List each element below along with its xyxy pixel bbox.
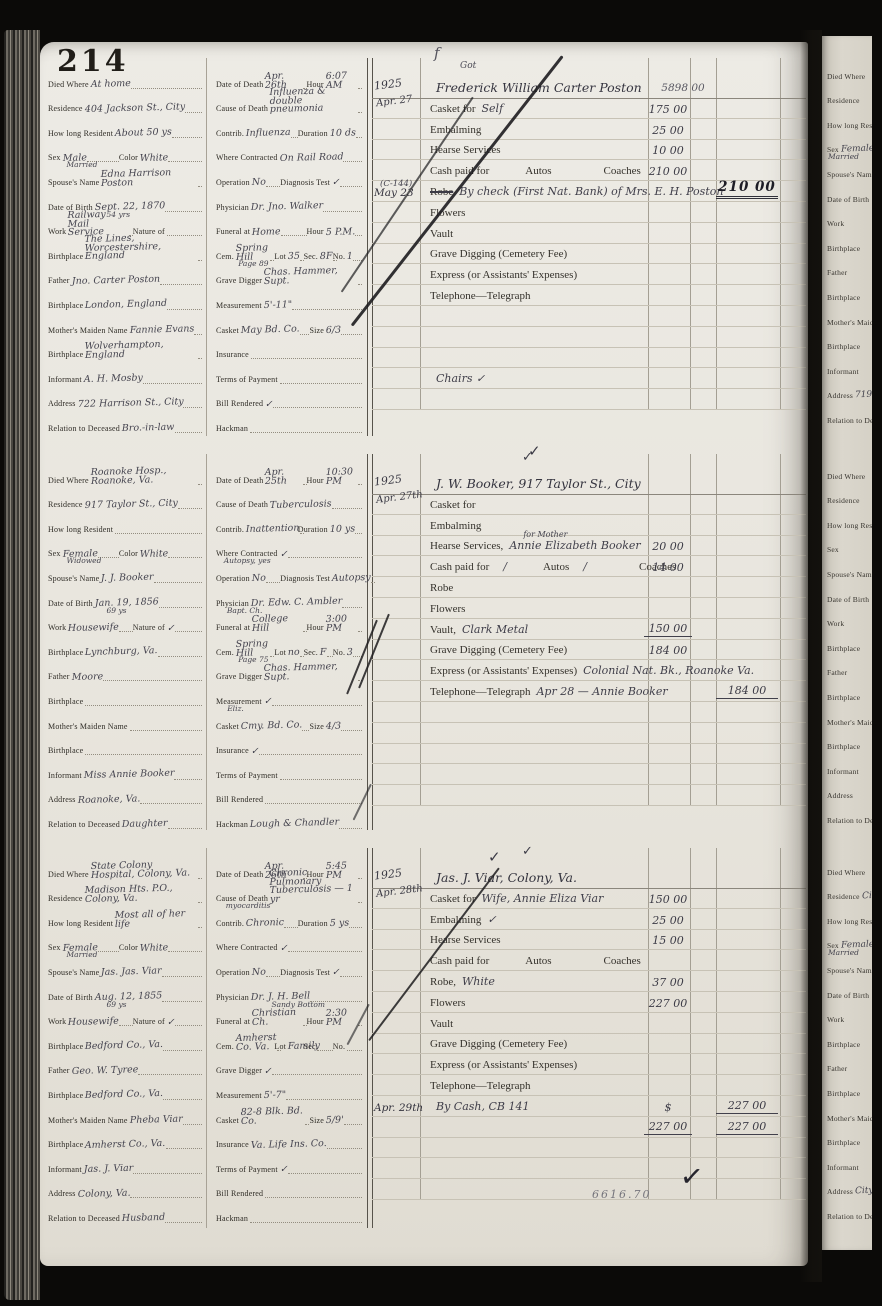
billing-row: Grave Digging (Cemetery Fee) [372, 1034, 806, 1055]
billing-section: ✓Jas. J. Viar, Colony, Va.1925Apr. 28thC… [372, 848, 806, 1228]
death-details-column: Date of DeathApr. 25thHour10:30 PMCause … [216, 462, 362, 831]
field-label: Where Contracted [216, 943, 280, 952]
field-value: 35 [288, 253, 300, 262]
billing-item-label: Grave Digging (Cemetery Fee) [430, 248, 567, 260]
dotted-leader [250, 429, 362, 433]
dotted-leader [131, 85, 202, 89]
field-value-fragment: 719 [855, 390, 872, 401]
form-field: How long ResidentMost all of her life [48, 905, 202, 930]
facing-field-row: Mother's Maiden Name [822, 1098, 872, 1123]
dotted-leader [341, 331, 362, 335]
field-label: Size [309, 1116, 326, 1125]
field-label: Date of Birth [827, 195, 869, 204]
dotted-leader [143, 380, 202, 384]
form-field-row: How long Resident [48, 511, 202, 536]
form-field-row: Date of BirthAug. 12, 185569 ys [48, 979, 202, 1004]
facing-field-row: Informant [822, 1147, 872, 1172]
field-label: Birthplace [48, 1140, 85, 1149]
billing-row [372, 1158, 806, 1179]
form-field: Diagnosis Test✓ [280, 164, 362, 189]
form-field: PhysicianDr. J. H. BellSandy Bottom [216, 979, 362, 1004]
field-note-below: Page 89 [238, 260, 268, 267]
billing-header: ✓J. W. Booker, 917 Taylor St., City [372, 454, 806, 495]
form-field-row: FatherJno. Carter Poston [48, 263, 202, 288]
form-field: Size5/9' [309, 1102, 362, 1127]
form-field: Date of DeathApr. 25th [216, 462, 307, 487]
form-field-row: Casket82-8 Blk. Bd. Co.Size5/9' [216, 1102, 362, 1127]
check-mark: ✓ [488, 848, 501, 866]
form-field-row: Where ContractedOn Rail Road [216, 140, 362, 165]
dotted-leader [292, 306, 362, 310]
field-label: Hour [307, 476, 326, 485]
facing-field-row: Spouse's NameRobinsonMarried [822, 154, 872, 179]
billing-row [372, 306, 806, 327]
field-label: Date of Death [216, 476, 265, 485]
field-value: State Colony Hospital, Colony, Va. [90, 860, 198, 880]
field-label: Birthplace [48, 252, 85, 261]
dotted-leader [272, 1071, 362, 1075]
field-label: Residence [48, 894, 85, 903]
facing-record-block: Died WhereResidenceHow long ResidentSexF… [822, 56, 872, 425]
column-divider [206, 58, 207, 436]
field-value: ✓ [264, 698, 272, 707]
form-field-row: How long ResidentAbout 50 ys [48, 115, 202, 140]
dotted-leader [356, 134, 362, 138]
field-value: At home [91, 80, 131, 90]
field-label: Birthplace [827, 342, 860, 351]
field-value: Lynchburg, Va. [85, 647, 158, 657]
form-field-row: AddressColony, Va. [48, 1176, 202, 1201]
field-label: Casket [216, 1116, 241, 1125]
field-label: Date of Birth [48, 993, 95, 1002]
field-note-above: Eliz. [227, 705, 244, 712]
field-label: Address [48, 399, 78, 408]
book-gutter-shadow [800, 30, 822, 1282]
field-label: Bill Rendered [216, 1189, 265, 1198]
dotted-leader [198, 875, 202, 879]
form-field: Terms of Payment [216, 757, 362, 782]
billing-sub-label: Coaches [604, 955, 641, 967]
facing-field-row: Died Where [822, 56, 872, 81]
field-value: 5 P.M. [326, 228, 356, 237]
dotted-leader [281, 232, 307, 236]
form-field-row: CasketCmy. Bd. Co.Eliz.Size4/3 [216, 708, 362, 733]
dotted-leader [85, 751, 202, 755]
billing-row: Express (or Assistants' Expenses)Colonia… [372, 660, 806, 681]
field-label: Address [48, 795, 78, 804]
billing-note-above: for Mother [523, 530, 567, 539]
field-label: Terms of Payment [216, 375, 280, 384]
dotted-leader [320, 1047, 333, 1051]
field-value: Wolverhampton, England [85, 340, 198, 360]
field-value: Jas. Jas. Viar [101, 968, 162, 978]
field-label: Informant [48, 375, 84, 384]
billing-row: Grave Digging (Cemetery Fee)184 00 [372, 640, 806, 661]
form-field-row: OperationNoDiagnosis Test✓ [216, 954, 362, 979]
form-field-row: Measurement5'-7" [216, 1077, 362, 1102]
facing-field-row: Work [822, 1000, 872, 1025]
billing-handwritten-note: By check (First Nat. Bank) of Mrs. E. H.… [459, 185, 723, 198]
dotted-leader [259, 751, 362, 755]
billing-row: Express (or Assistants' Expenses) [372, 264, 806, 285]
billing-row: Casket for [372, 494, 806, 515]
field-value: Jas. J. Viar [84, 1165, 134, 1175]
field-label: Residence [827, 96, 860, 105]
form-field: FatherMoore [48, 659, 202, 684]
form-field: InsuranceVa. Life Ins. Co. [216, 1127, 362, 1152]
billing-row: Telephone—Telegraph [372, 285, 806, 306]
form-field: Cause of DeathTuberculosis [216, 487, 362, 512]
form-field: BirthplaceBedford Co., Va. [48, 1028, 202, 1053]
form-field-row: Bill Rendered [216, 1176, 362, 1201]
dotted-leader [341, 727, 362, 731]
billing-item-label: Grave Digging (Cemetery Fee) [430, 1038, 567, 1050]
field-value: 8F [320, 253, 333, 262]
check-mark: ✓ [522, 844, 533, 859]
facing-page: Died WhereResidenceHow long ResidentSexF… [822, 36, 872, 1250]
form-field-row: Date of DeathApr. 25thHour10:30 PM [216, 462, 362, 487]
form-field-row: Terms of Payment [216, 757, 362, 782]
field-label: Grave Digger [216, 672, 264, 681]
field-value: Fannie Evans [129, 325, 194, 335]
billing-header: GotFrederick William Carter Poston5898 0… [372, 58, 806, 99]
billing-row: Robe,White37 00 [372, 971, 806, 992]
facing-field-row: Date of Birth [822, 179, 872, 204]
billing-row: Embalming [372, 515, 806, 536]
field-label: Size [309, 326, 326, 335]
dotted-leader [163, 1096, 202, 1100]
field-label: Insurance [216, 350, 251, 359]
form-field: FatherJno. Carter Poston [48, 263, 202, 288]
dotted-leader [130, 1194, 202, 1198]
field-label: Relation to Deceased [48, 820, 122, 829]
form-field: Residence917 Taylor St., City [48, 487, 202, 512]
billing-row: 227 00227 00 [372, 1117, 806, 1138]
field-value: Christian Ch. [252, 1009, 303, 1027]
form-field-row: OperationNoAutopsy, yesDiagnosis TestAut… [216, 560, 362, 585]
form-field: Insurance [216, 337, 362, 362]
form-field: How long Resident [48, 511, 202, 536]
form-field-row: Cause of DeathInfluenza & double pneumon… [216, 91, 362, 116]
form-field: BirthplaceWolverhampton, England [48, 337, 202, 362]
field-value: Geo. W. Tyree [71, 1066, 138, 1076]
form-field-row: Terms of Payment [216, 361, 362, 386]
dotted-leader [280, 776, 362, 780]
form-field: Spouse's NameJas. Jas. ViarMarried [48, 954, 202, 979]
dotted-leader [140, 800, 202, 804]
field-label: Casket [216, 722, 241, 731]
form-field: Hour5 P.M. [307, 214, 362, 239]
form-field: How long ResidentAbout 50 ys [48, 115, 202, 140]
field-value: Chas. Hammer, Supt. [264, 267, 358, 286]
field-label: Sex [48, 153, 63, 162]
form-field-row: HackmanLough & Chandler [216, 806, 362, 831]
field-value: Influenza & double pneumonia [269, 86, 358, 114]
form-field: Where Contracted✓ [216, 930, 362, 955]
field-value: Jno. Carter Poston [71, 276, 159, 287]
dotted-leader [340, 183, 362, 187]
field-value: Family [288, 1042, 317, 1051]
field-value: Va. Life Ins. Co. [251, 1140, 327, 1150]
form-field-row: InformantA. H. Mosby [48, 361, 202, 386]
billing-handwritten-note: Chairs ✓ [436, 372, 485, 385]
field-label: Birthplace [827, 742, 860, 751]
facing-field-row: Birthplace [822, 1123, 872, 1148]
field-label: Mother's Maiden Name [827, 1114, 872, 1123]
billing-handwritten-note: By Cash, CB 141 [436, 1100, 529, 1113]
form-field-row: Died WhereAt home [48, 66, 202, 91]
billing-row [372, 1179, 806, 1200]
field-value: 4/3 [326, 723, 342, 732]
form-field-row: Funeral atHomeHour5 P.M. [216, 214, 362, 239]
form-field-row: Address722 Harrison St., City [48, 386, 202, 411]
form-field: Bill Rendered [216, 782, 362, 807]
dotted-leader [358, 899, 362, 903]
field-label: Work [48, 623, 68, 632]
field-label: Address [827, 1187, 853, 1196]
form-field-row: Spouse's NameEdna Harrison PostonMarried [48, 164, 202, 189]
field-value: Inattention [246, 525, 300, 535]
billing-table: Casket forEmbalmingHearse Services,Annie… [372, 494, 806, 806]
form-field: BirthplaceLynchburg, Va. [48, 634, 202, 659]
billing-amount: 150 00 [644, 622, 692, 637]
form-field-row: Birthplace [48, 683, 202, 708]
billing-row: Cash paid forAutosCoaches [372, 950, 806, 971]
field-label: Father [827, 268, 847, 277]
field-note-below: 69 ys [107, 1001, 127, 1008]
field-value: Chronic [246, 919, 284, 928]
form-field: Birthplace [48, 683, 202, 708]
facing-field-row: Spouse's NameMarried [822, 950, 872, 975]
form-field-row: AddressRoanoke, Va. [48, 782, 202, 807]
billing-item-label: Casket for [430, 103, 476, 115]
billing-row: Express (or Assistants' Expenses) [372, 1054, 806, 1075]
facing-field-row: Birthplace [822, 228, 872, 253]
billing-amount: 227 00 [644, 1120, 692, 1135]
billing-item-label: Flowers [430, 603, 465, 615]
billing-section: GotFrederick William Carter Poston5898 0… [372, 58, 806, 436]
form-field: Date of BirthAug. 12, 185569 ys [48, 979, 202, 1004]
field-value: Home [252, 228, 281, 237]
billing-item-label: Flowers [430, 997, 465, 1009]
dotted-leader [168, 948, 202, 952]
billing-row: Vault [372, 1013, 806, 1034]
form-field-row: InsuranceVa. Life Ins. Co. [216, 1127, 362, 1152]
field-label: Hackman [216, 1214, 250, 1223]
billing-item-label: Casket for [430, 499, 476, 511]
form-field: FatherGeo. W. Tyree [48, 1053, 202, 1078]
field-label: Date of Death [216, 870, 265, 879]
form-field-row: Terms of Payment✓ [216, 1151, 362, 1176]
field-label: Operation [216, 178, 252, 187]
form-field: Funeral atHome [216, 214, 307, 239]
form-field-row: Bill Rendered [216, 782, 362, 807]
billing-item-label: Cash paid for [430, 955, 489, 967]
field-label: Informant [48, 1165, 84, 1174]
field-label: Operation [216, 574, 252, 583]
record-block: Died WhereAt homeResidence404 Jackson St… [40, 58, 808, 436]
dotted-leader [98, 948, 119, 952]
billing-section: ✓J. W. Booker, 917 Taylor St., City1925A… [372, 454, 806, 830]
facing-field-row: Address [822, 776, 872, 801]
form-field-row: PhysicianDr. J. H. BellSandy Bottom [216, 979, 362, 1004]
form-field: Died WhereAt home [48, 66, 202, 91]
dotted-leader [178, 505, 202, 509]
form-field: HackmanLough & Chandler [216, 806, 362, 831]
field-label: Informant [48, 771, 84, 780]
dotted-leader [272, 702, 362, 706]
form-field: Sec.8F [304, 238, 333, 263]
dotted-leader [185, 109, 202, 113]
death-details-column: Date of DeathApr. 26thHour6:07 AMCause o… [216, 66, 362, 435]
field-label: Address [48, 1189, 78, 1198]
field-label: Work [827, 219, 844, 228]
form-field: ResidenceMadison Hts. P.O., Colony, Va. [48, 881, 202, 906]
dotted-leader [355, 232, 362, 236]
dotted-leader [119, 628, 132, 632]
field-value: No [252, 969, 266, 978]
facing-record-block: Died WhereResidenceHow long ResidentSexS… [822, 456, 872, 825]
field-label: Sex [827, 545, 839, 554]
field-value: 10 ds [330, 130, 356, 139]
field-label: Nature of [133, 623, 167, 632]
billing-amount: 175 00 [644, 103, 692, 116]
field-label: Cause of Death [216, 500, 270, 509]
book-page-stack-edge [4, 30, 40, 1300]
field-value: ✓ [265, 401, 273, 410]
facing-field-row: How long Resident [822, 901, 872, 926]
dotted-leader [166, 1145, 202, 1149]
form-field: Hackman [216, 1200, 362, 1225]
form-field: Cause of DeathInfluenza & double pneumon… [216, 91, 362, 116]
field-value: 5/9' [326, 1117, 344, 1126]
facing-field-row: Spouse's Name [822, 554, 872, 579]
form-field: AddressRoanoke, Va. [48, 782, 202, 807]
field-value: 1 [347, 253, 353, 262]
field-value: Aug. 12, 1855 [95, 992, 163, 1002]
field-value: Pheba Viar [129, 1116, 182, 1126]
billing-sub-label: Autos [525, 165, 551, 177]
field-label: Bill Rendered [216, 795, 265, 804]
form-field-row: Grave Digger✓ [216, 1053, 362, 1078]
billing-item-label: Casket for [430, 893, 476, 905]
field-label: Father [48, 672, 72, 681]
form-field: Diagnosis Test✓ [280, 954, 362, 979]
form-field: Bill Rendered✓ [216, 386, 362, 411]
dotted-leader [327, 1145, 362, 1149]
form-field: Diagnosis TestAutopsy [280, 560, 362, 585]
billing-item-label: Grave Digging (Cemetery Fee) [430, 644, 567, 656]
billing-row: Casket forSelf175 00 [372, 98, 806, 119]
field-value: Bro.-in-law [122, 424, 175, 434]
field-value: ✓ [279, 945, 287, 954]
field-label: Hour [307, 1017, 326, 1026]
facing-field-row: Birthplace [822, 1024, 872, 1049]
form-field-row: Birthplace [48, 733, 202, 758]
dotted-leader [172, 134, 202, 138]
dotted-leader [198, 257, 202, 261]
form-field-row: Insurance [216, 337, 362, 362]
field-label: How long Resident [48, 919, 115, 928]
billing-row: Hearse Services,Annie Elizabeth Bookerfo… [372, 536, 806, 557]
dotted-leader [273, 404, 362, 408]
field-value: College Hill [252, 615, 303, 633]
form-field-row: Hackman [216, 1200, 362, 1225]
dotted-leader [358, 281, 362, 285]
dotted-leader [358, 109, 362, 113]
field-label: Mother's Maiden Name [48, 1116, 130, 1125]
field-label: Date of Birth [827, 991, 869, 1000]
form-field-row: How long ResidentMost all of her life [48, 905, 202, 930]
form-field: InformantA. H. Mosby [48, 361, 202, 386]
facing-field-row: Died Where [822, 456, 872, 481]
dotted-leader [288, 1170, 362, 1174]
billing-amount: 15 00 [644, 934, 692, 947]
field-label: Operation [216, 968, 252, 977]
form-field: Mother's Maiden NamePheba Viar [48, 1102, 202, 1127]
form-field: Hour10:30 PM [307, 462, 362, 487]
form-field: Funeral atCollege HillBapt. Ch. [216, 610, 307, 635]
form-field: No.1 [333, 238, 362, 263]
field-value: ✓ [264, 1068, 272, 1077]
field-label: Birthplace [48, 1042, 85, 1051]
field-label: Date of Birth [827, 595, 869, 604]
dotted-leader [358, 85, 362, 89]
form-field: Size4/3 [309, 708, 362, 733]
form-field: Lot35 [274, 238, 303, 263]
field-label: No. [333, 1042, 347, 1051]
dotted-leader [130, 727, 202, 731]
form-field: InformantJas. J. Viar [48, 1151, 202, 1176]
form-field: Contrib.Influenza [216, 115, 298, 140]
dotted-leader [168, 158, 202, 162]
field-label: Physician [216, 993, 251, 1002]
form-field: Hackman [216, 410, 362, 435]
facing-field-row: SexFemale [822, 130, 872, 155]
form-field: InformantMiss Annie Booker [48, 757, 202, 782]
form-field: Cem.Spring HillPage 75 [216, 634, 274, 659]
field-value: White [140, 550, 169, 559]
field-value: Autopsy [332, 574, 371, 584]
facing-field-row: Father [822, 253, 872, 278]
form-field-row: Cem.Spring HillPage 75LotnoSec.FNo.3 [216, 634, 362, 659]
dotted-leader [198, 899, 202, 903]
form-field-row: InformantMiss Annie Booker [48, 757, 202, 782]
facing-field-row: Birthplace [822, 1073, 872, 1098]
dotted-leader [286, 1096, 362, 1100]
field-value: J. J. Booker [101, 574, 154, 584]
field-label: Mother's Maiden Name [48, 722, 130, 731]
dotted-leader [162, 973, 202, 977]
field-label: Date of Birth [48, 599, 95, 608]
field-label: Cause of Death [216, 104, 270, 113]
field-value: Daughter [122, 820, 168, 830]
field-label: Contrib. [216, 919, 246, 928]
field-label: Lot [274, 648, 288, 657]
form-field-row: Spouse's NameJ. J. BookerWidowed [48, 560, 202, 585]
field-label: Duration [298, 919, 330, 928]
field-label: Father [827, 1064, 847, 1073]
billing-row: Casket forWife, Annie Eliza Viar150 00 [372, 888, 806, 909]
dotted-leader [349, 924, 362, 928]
row-margin-date: Apr. 29th [374, 1102, 428, 1114]
dotted-leader [302, 727, 309, 731]
field-value: 82-8 Blk. Bd. Co. [241, 1107, 306, 1126]
facing-field-row: Work [822, 204, 872, 229]
field-value: Husband [122, 1214, 165, 1224]
billing-item-label: Express (or Assistants' Expenses) [430, 269, 577, 281]
field-value: A. H. Mosby [84, 375, 143, 385]
